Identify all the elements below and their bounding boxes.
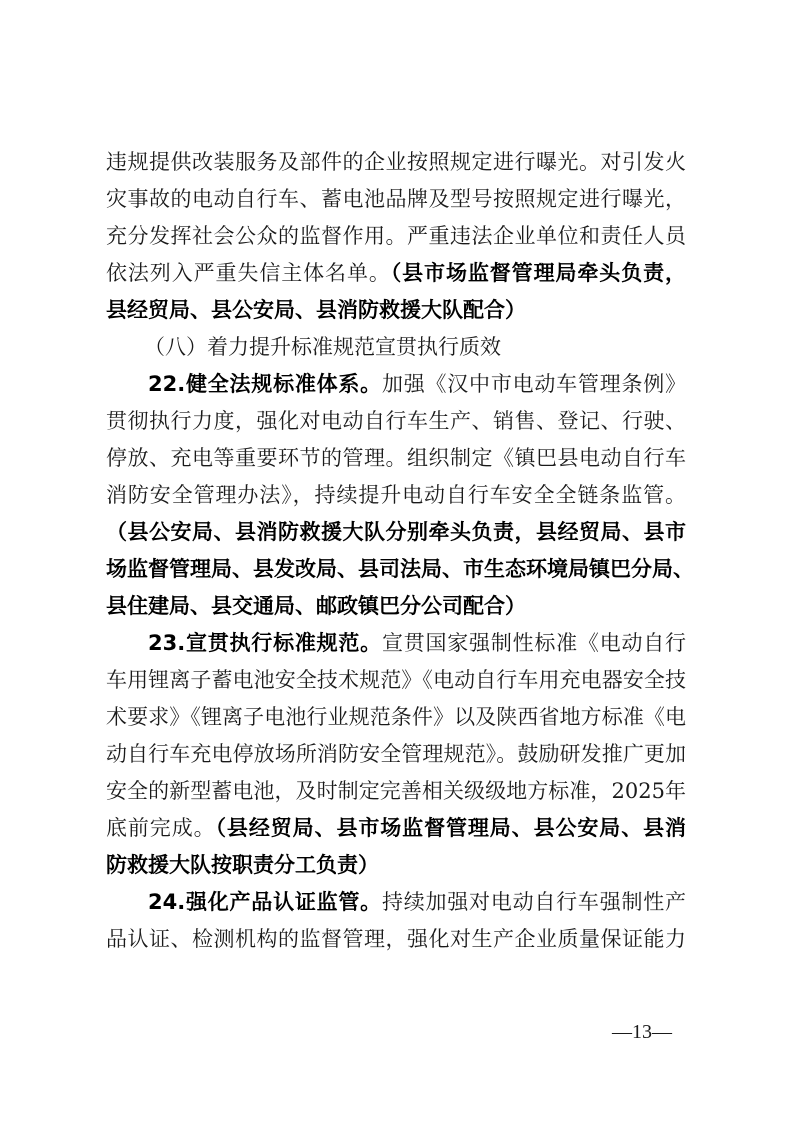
item-title: 24.强化产品认证监管。 [148, 890, 382, 914]
text-segment: 依法列入严重失信主体名单。 [106, 261, 391, 285]
text-segment: 贯彻执行力度，强化对电动自行车生产、销售、登记、行驶、 [106, 409, 686, 433]
section-heading: （八）着力提升标准规范宣贯执行质效 [106, 329, 686, 366]
text-segment: 品认证、检测机构的监督管理，强化对生产企业质量保证能力 [106, 927, 686, 951]
item-22-heading-line: 22.健全法规标准体系。加强《汉中市电动车管理条例》 [106, 366, 686, 403]
text-segment: 停放、充电等重要环节的管理。组织制定《镇巴县电动自行车 [106, 446, 686, 470]
document-body: 违规提供改装服务及部件的企业按照规定进行曝光。对引发火 灾事故的电动自行车、蓄电… [106, 144, 686, 958]
item-title: 22.健全法规标准体系。 [148, 372, 382, 396]
text-line: （县公安局、县消防救援大队分别牵头负责，县经贸局、县市 [106, 514, 686, 551]
text-segment: 底前完成。 [106, 816, 216, 840]
text-line: 违规提供改装服务及部件的企业按照规定进行曝光。对引发火 [106, 144, 686, 181]
text-segment: 宣贯国家强制性标准《电动自行 [382, 631, 686, 655]
text-line: 防救援大队按职责分工负责） [106, 847, 686, 884]
text-segment: 术要求》《锂离子电池行业规范条件》以及陕西省地方标准《电 [106, 705, 686, 729]
text-line: 县经贸局、县公安局、县消防救援大队配合） [106, 292, 686, 329]
text-line: 灾事故的电动自行车、蓄电池品牌及型号按照规定进行曝光， [106, 181, 686, 218]
text-segment: 违规提供改装服务及部件的企业按照规定进行曝光。对引发火 [106, 150, 686, 174]
responsibility-note: （县市场监督管理局牵头负责， [391, 261, 686, 285]
responsibility-note: （县经贸局、县市场监督管理局、县公安局、县消 [216, 816, 686, 840]
text-line: 县住建局、县交通局、邮政镇巴分公司配合） [106, 588, 686, 625]
text-line: 贯彻执行力度，强化对电动自行车生产、销售、登记、行驶、 [106, 403, 686, 440]
item-23-heading-line: 23.宣贯执行标准规范。宣贯国家强制性标准《电动自行 [106, 625, 686, 662]
text-line: 安全的新型蓄电池，及时制定完善相关级级地方标准，2025年 [106, 773, 686, 810]
text-line: 动自行车充电停放场所消防安全管理规范》。鼓励研发推广更加 [106, 736, 686, 773]
text-segment: 持续加强对电动自行车强制性产 [382, 890, 686, 914]
text-segment: 灾事故的电动自行车、蓄电池品牌及型号按照规定进行曝光， [106, 187, 686, 211]
text-line: 品认证、检测机构的监督管理，强化对生产企业质量保证能力 [106, 921, 686, 958]
responsibility-note: （县公安局、县消防救援大队分别牵头负责，县经贸局、县市 [106, 520, 686, 544]
text-segment: 动自行车充电停放场所消防安全管理规范》。鼓励研发推广更加 [106, 742, 686, 766]
text-line: 底前完成。（县经贸局、县市场监督管理局、县公安局、县消 [106, 810, 686, 847]
section-heading-text: （八）着力提升标准规范宣贯执行质效 [144, 335, 501, 359]
responsibility-note: 防救援大队按职责分工负责） [106, 853, 379, 877]
text-segment: 安全的新型蓄电池，及时制定完善相关级级地方标准，2025年 [106, 779, 686, 803]
text-line: 消防安全管理办法》，持续提升电动自行车安全全链条监管。 [106, 477, 686, 514]
text-line: 车用锂离子蓄电池安全技术规范》《电动自行车用充电器安全技 [106, 662, 686, 699]
text-segment: 消防安全管理办法》，持续提升电动自行车安全全链条监管。 [106, 483, 686, 507]
text-line: 依法列入严重失信主体名单。（县市场监督管理局牵头负责， [106, 255, 686, 292]
page-number: —13— [612, 1021, 672, 1044]
text-line: 术要求》《锂离子电池行业规范条件》以及陕西省地方标准《电 [106, 699, 686, 736]
item-title: 23.宣贯执行标准规范。 [148, 631, 382, 655]
text-line: 停放、充电等重要环节的管理。组织制定《镇巴县电动自行车 [106, 440, 686, 477]
text-line: 充分发挥社会公众的监督作用。严重违法企业单位和责任人员 [106, 218, 686, 255]
text-segment: 充分发挥社会公众的监督作用。严重违法企业单位和责任人员 [106, 224, 686, 248]
responsibility-note: 县经贸局、县公安局、县消防救援大队配合） [106, 298, 526, 322]
responsibility-note: 场监督管理局、县发改局、县司法局、市生态环境局镇巴分局、 [106, 557, 694, 581]
text-segment: 加强《汉中市电动车管理条例》 [382, 372, 686, 396]
item-24-heading-line: 24.强化产品认证监管。持续加强对电动自行车强制性产 [106, 884, 686, 921]
text-segment: 车用锂离子蓄电池安全技术规范》《电动自行车用充电器安全技 [106, 668, 686, 692]
responsibility-note: 县住建局、县交通局、邮政镇巴分公司配合） [106, 594, 526, 618]
text-line: 场监督管理局、县发改局、县司法局、市生态环境局镇巴分局、 [106, 551, 686, 588]
document-page: 违规提供改装服务及部件的企业按照规定进行曝光。对引发火 灾事故的电动自行车、蓄电… [0, 0, 793, 1122]
